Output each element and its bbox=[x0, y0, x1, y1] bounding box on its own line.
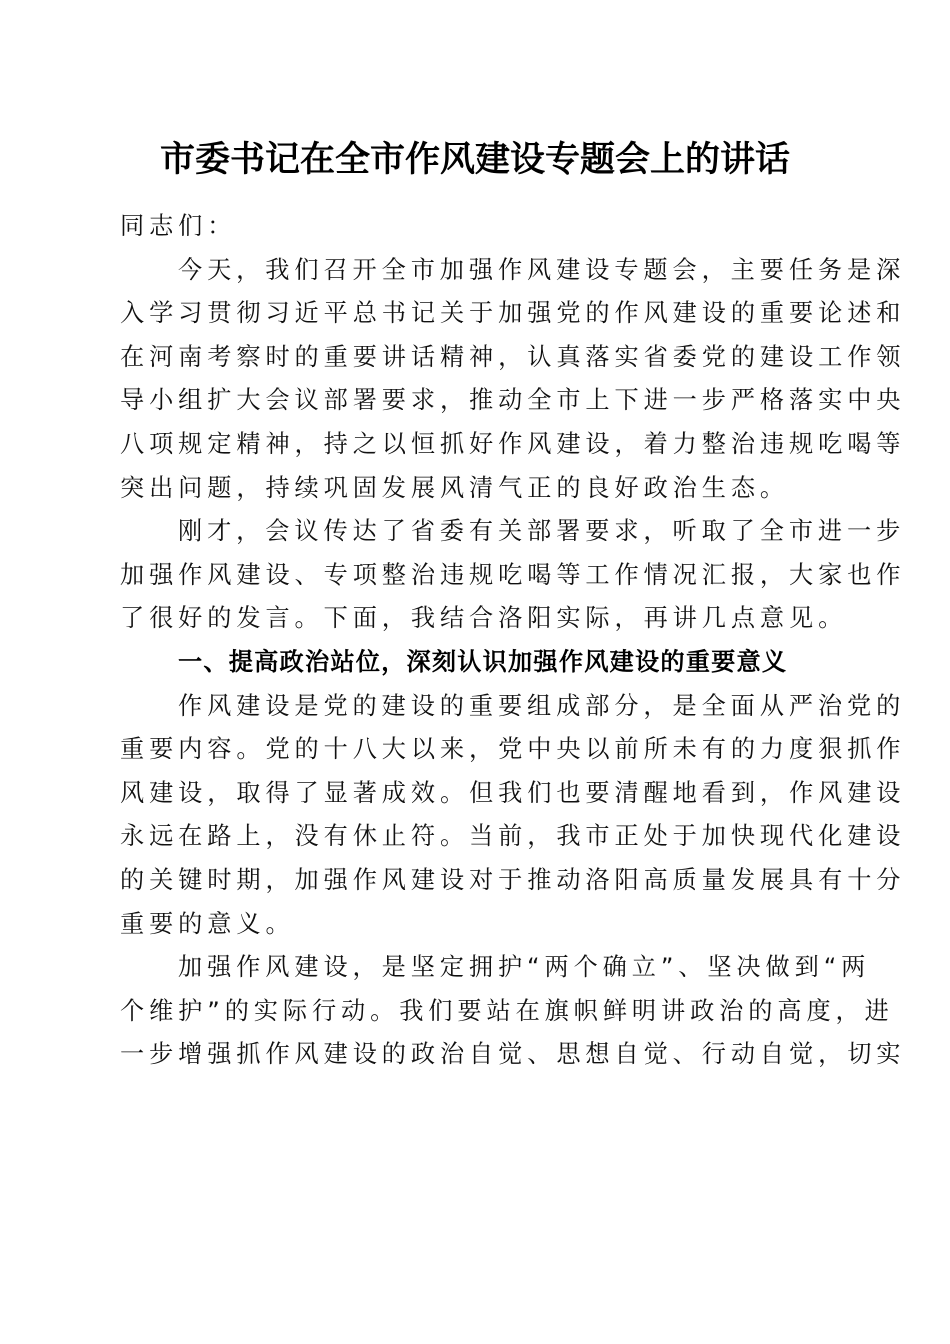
paragraph-line: 风建设，取得了显著成效。但我们也要清醒地看到，作风建设 bbox=[120, 772, 822, 816]
paragraph-line: 刚才，会议传达了省委有关部署要求，听取了全市进一步 bbox=[120, 510, 822, 554]
paragraph-line: 在河南考察时的重要讲话精神，认真落实省委党的建设工作领 bbox=[120, 336, 822, 380]
paragraph-line: 导小组扩大会议部署要求，推动全市上下进一步严格落实中央 bbox=[120, 379, 822, 423]
paragraph-line: 了很好的发言。下面，我结合洛阳实际，再讲几点意见。 bbox=[120, 597, 822, 641]
paragraph-line: 个维护”的实际行动。我们要站在旗帜鲜明讲政治的高度，进 bbox=[120, 990, 822, 1034]
paragraph-line: 今天，我们召开全市加强作风建设专题会，主要任务是深 bbox=[120, 249, 822, 293]
paragraph-line: 重要内容。党的十八大以来，党中央以前所未有的力度狠抓作 bbox=[120, 728, 822, 772]
paragraph-line: 一步增强抓作风建设的政治自觉、思想自觉、行动自觉，切实 bbox=[120, 1033, 822, 1077]
paragraph-line: 加强作风建设，是坚定拥护“两个确立”、坚决做到“两 bbox=[120, 946, 822, 990]
document-page: 市委书记在全市作风建设专题会上的讲话 同志们： 今天，我们召开全市加强作风建设专… bbox=[0, 0, 950, 1344]
document-body: 同志们： 今天，我们召开全市加强作风建设专题会，主要任务是深 入学习贯彻习近平总… bbox=[120, 205, 822, 1077]
paragraph-line: 的关键时期，加强作风建设对于推动洛阳高质量发展具有十分 bbox=[120, 859, 822, 903]
paragraph-line: 八项规定精神，持之以恒抓好作风建设，着力整治违规吃喝等 bbox=[120, 423, 822, 467]
paragraph-line: 作风建设是党的建设的重要组成部分，是全面从严治党的 bbox=[120, 685, 822, 729]
document-title: 市委书记在全市作风建设专题会上的讲话 bbox=[0, 136, 950, 184]
paragraph-line: 突出问题，持续巩固发展风清气正的良好政治生态。 bbox=[120, 467, 822, 511]
paragraph-line: 永远在路上，没有休止符。当前，我市正处于加快现代化建设 bbox=[120, 815, 822, 859]
salutation: 同志们： bbox=[120, 205, 822, 249]
section-heading: 一、提高政治站位，深刻认识加强作风建设的重要意义 bbox=[120, 641, 822, 685]
paragraph-line: 入学习贯彻习近平总书记关于加强党的作风建设的重要论述和 bbox=[120, 292, 822, 336]
paragraph-line: 加强作风建设、专项整治违规吃喝等工作情况汇报，大家也作 bbox=[120, 554, 822, 598]
paragraph-line: 重要的意义。 bbox=[120, 903, 822, 947]
